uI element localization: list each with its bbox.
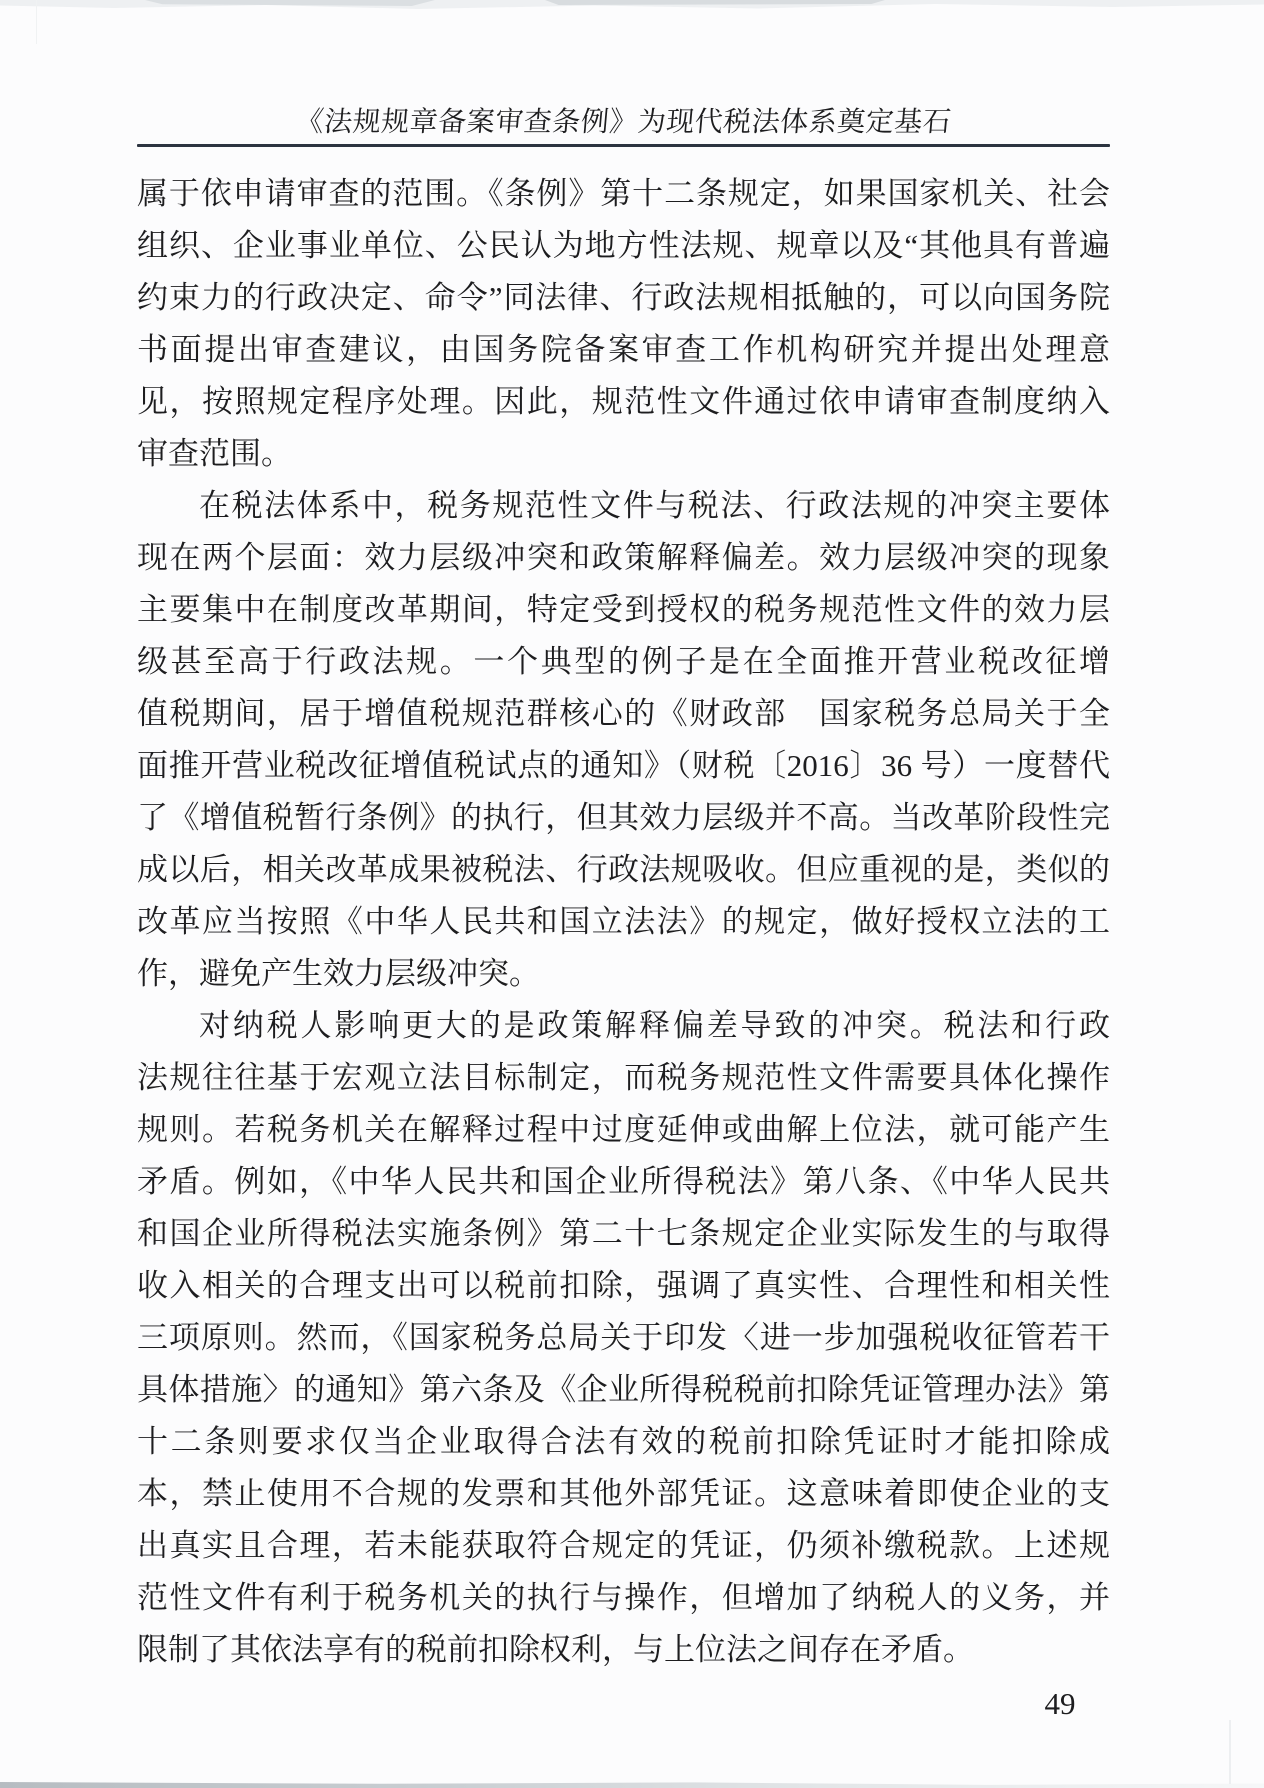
text-line: 法规往往基于宏观立法目标制定，而税务规范性文件需要具体化操作: [137, 1052, 1110, 1104]
book-page: 《法规规章备案审查条例》为现代税法体系奠定基石 属于依申请审查的范围。《条例》第…: [0, 0, 1264, 1788]
text-line: 属于依申请审查的范围。《条例》第十二条规定，如果国家机关、社会: [137, 168, 1110, 220]
header-rule: [137, 144, 1110, 147]
text-line: 作，避免产生效力层级冲突。: [137, 948, 1110, 1000]
text-line: 规则。若税务机关在解释过程中过度延伸或曲解上位法，就可能产生: [137, 1104, 1110, 1156]
scan-artifact-left-line: [36, 0, 37, 44]
text-line: 了《增值税暂行条例》的执行，但其效力层级并不高。当改革阶段性完: [137, 792, 1110, 844]
text-line: 见，按照规定程序处理。因此，规范性文件通过依申请审查制度纳入: [137, 376, 1110, 428]
text-line: 值税期间，居于增值税规范群核心的《财政部 国家税务总局关于全: [137, 688, 1110, 740]
text-line: 对纳税人影响更大的是政策解释偏差导致的冲突。税法和行政: [137, 1000, 1110, 1052]
text-line: 具体措施〉的通知》第六条及《企业所得税税前扣除凭证管理办法》第: [137, 1364, 1110, 1416]
text-line: 审查范围。: [137, 428, 1110, 480]
text-line: 收入相关的合理支出可以税前扣除，强调了真实性、合理性和相关性: [137, 1260, 1110, 1312]
text-line: 在税法体系中，税务规范性文件与税法、行政法规的冲突主要体: [137, 480, 1110, 532]
text-line: 矛盾。例如，《中华人民共和国企业所得税法》第八条、《中华人民共: [137, 1156, 1110, 1208]
text-line: 十二条则要求仅当企业取得合法有效的税前扣除凭证时才能扣除成: [137, 1416, 1110, 1468]
text-line: 和国企业所得税法实施条例》第二十七条规定企业实际发生的与取得: [137, 1208, 1110, 1260]
text-line: 出真实且合理，若未能获取符合规定的凭证，仍须补缴税款。上述规: [137, 1520, 1110, 1572]
text-line: 范性文件有利于税务机关的执行与操作，但增加了纳税人的义务，并: [137, 1572, 1110, 1624]
text-line: 主要集中在制度改革期间，特定受到授权的税务规范性文件的效力层: [137, 584, 1110, 636]
page-number: 49: [1032, 1686, 1088, 1722]
text-line: 级甚至高于行政法规。一个典型的例子是在全面推开营业税改征增: [137, 636, 1110, 688]
text-line: 组织、企业事业单位、公民认为地方性法规、规章以及“其他具有普遍: [137, 220, 1110, 272]
text-line: 书面提出审查建议，由国务院备案审查工作机构研究并提出处理意: [137, 324, 1110, 376]
text-line: 本，禁止使用不合规的发票和其他外部凭证。这意味着即使企业的支: [137, 1468, 1110, 1520]
text-line: 现在两个层面：效力层级冲突和政策解释偏差。效力层级冲突的现象: [137, 532, 1110, 584]
body-text: 属于依申请审查的范围。《条例》第十二条规定，如果国家机关、社会组织、企业事业单位…: [137, 168, 1110, 1676]
text-line: 面推开营业税改征增值税试点的通知》（财税〔2016〕36 号）一度替代: [137, 740, 1110, 792]
text-line: 三项原则。然而，《国家税务总局关于印发〈进一步加强税收征管若干: [137, 1312, 1110, 1364]
text-line: 成以后，相关改革成果被税法、行政法规吸收。但应重视的是，类似的: [137, 844, 1110, 896]
text-line: 约束力的行政决定、命令”同法律、行政法规相抵触的，可以向国务院: [137, 272, 1110, 324]
scan-artifact-bottom: [0, 1781, 1264, 1788]
scan-artifact-right-line: [1229, 1720, 1231, 1784]
text-line: 限制了其依法享有的税前扣除权利，与上位法之间存在矛盾。: [137, 1624, 1110, 1676]
running-header-title: 《法规规章备案审查条例》为现代税法体系奠定基石: [136, 106, 1112, 140]
text-line: 改革应当按照《中华人民共和国立法法》的规定，做好授权立法的工: [137, 896, 1110, 948]
